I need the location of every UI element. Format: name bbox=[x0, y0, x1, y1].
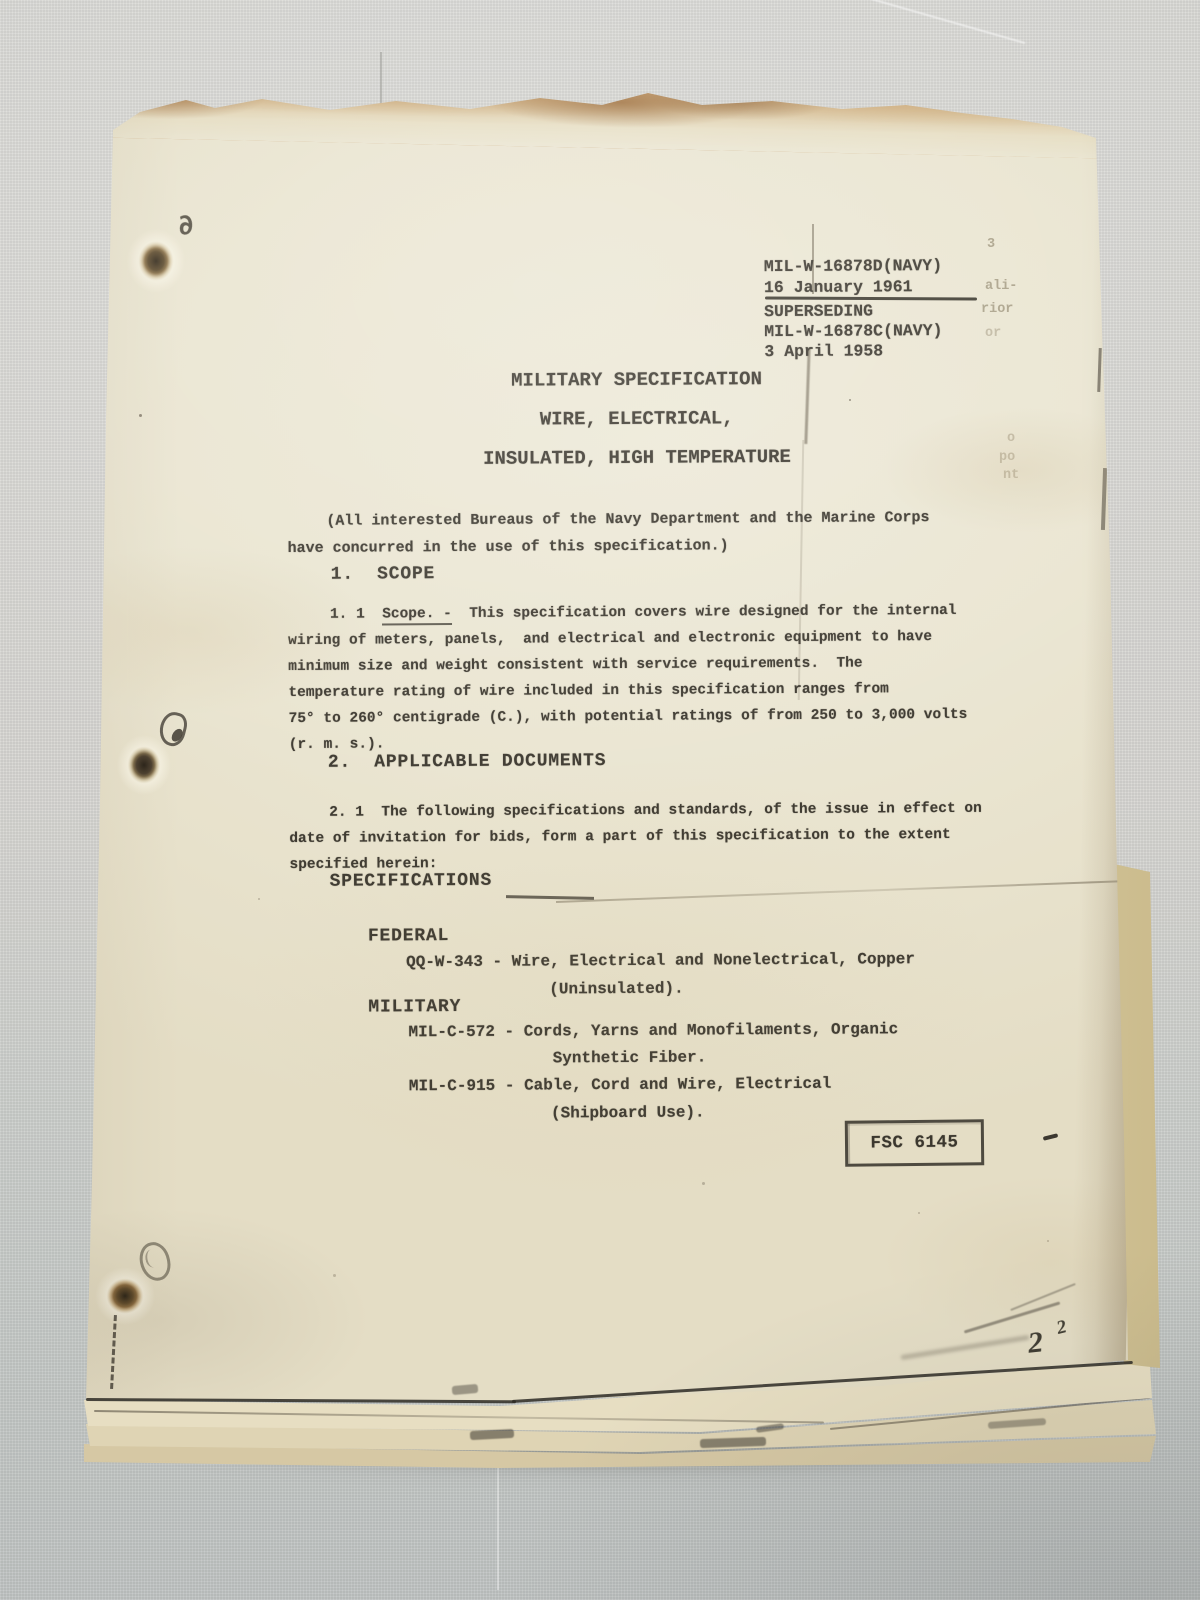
doc-title-line-3: INSULATED, HIGH TEMPERATURE bbox=[237, 444, 1037, 471]
military-item-line-3: MIL-C-915 - Cable, Cord and Wire, Electr… bbox=[409, 1075, 832, 1096]
bleedthrough-text: nt bbox=[1003, 468, 1019, 483]
typed-content: MIL-W-16878D(NAVY) 16 January 1961 SUPER… bbox=[0, 0, 1200, 1600]
superseded-date-line: 3 April 1958 bbox=[764, 341, 883, 361]
scope-label-underlined: Scope. - bbox=[382, 606, 452, 625]
applicable-heading: 2. APPLICABLE DOCUMENTS bbox=[328, 751, 607, 773]
spec-number-line: MIL-W-16878D(NAVY) bbox=[764, 256, 942, 276]
military-item-line-2: Synthetic Fiber. bbox=[553, 1048, 707, 1067]
scope-paragraph-line-3: minimum size and weight consistent with … bbox=[288, 656, 862, 676]
photo-background: ∂ MIL-W-16878D(NAVY) 16 January 1961 SUP… bbox=[0, 0, 1200, 1600]
concurrence-line-2: have concurred in the use of this specif… bbox=[288, 537, 729, 557]
bleedthrough-text: o bbox=[1007, 431, 1015, 446]
doc-title-line-2: WIRE, ELECTRICAL, bbox=[237, 405, 1037, 432]
scope-ref: 1. 1 bbox=[330, 606, 382, 622]
scope-text: This specification covers wire designed … bbox=[452, 603, 957, 622]
scope-paragraph-line-1: 1. 1 Scope. - This specification covers … bbox=[330, 603, 957, 623]
bleedthrough-text: po bbox=[999, 450, 1015, 465]
bleedthrough-text: 3 bbox=[987, 237, 995, 252]
scope-paragraph-line-4: temperature rating of wire included in t… bbox=[288, 681, 888, 701]
applicable-paragraph-line-1: 2. 1 The following specifications and st… bbox=[329, 801, 982, 821]
scope-paragraph-line-5: 75° to 260° centigrade (C.), with potent… bbox=[289, 707, 968, 727]
scope-paragraph-line-2: wiring of meters, panels, and electrical… bbox=[288, 629, 932, 649]
scope-paragraph-line-6: (r. m. s.). bbox=[289, 736, 385, 753]
bleedthrough-text: rior bbox=[981, 302, 1013, 317]
federal-item-line-2: (Uninsulated). bbox=[549, 980, 684, 999]
fsc-stamp-box: FSC 6145 bbox=[845, 1119, 984, 1166]
scope-heading: 1. SCOPE bbox=[331, 564, 436, 585]
military-heading: MILITARY bbox=[368, 997, 461, 1018]
specifications-label: SPECIFICATIONS bbox=[330, 871, 493, 892]
superseding-line: SUPERSEDING bbox=[764, 301, 873, 321]
military-item-line-4: (Shipboard Use). bbox=[551, 1103, 705, 1122]
federal-heading: FEDERAL bbox=[368, 926, 449, 946]
doc-title-line-1: MILITARY SPECIFICATION bbox=[236, 366, 1036, 393]
bleedthrough-text: or bbox=[985, 326, 1001, 341]
superseded-spec-line: MIL-W-16878C(NAVY) bbox=[764, 321, 942, 341]
fsc-stamp-text: FSC 6145 bbox=[870, 1133, 958, 1154]
concurrence-line-1: (All interested Bureaus of the Navy Depa… bbox=[326, 509, 929, 530]
applicable-paragraph-line-2: date of invitation for bids, form a part… bbox=[289, 827, 950, 847]
military-item-line-1: MIL-C-572 - Cords, Yarns and Monofilamen… bbox=[408, 1020, 898, 1041]
federal-item-line-1: QQ-W-343 - Wire, Electrical and Nonelect… bbox=[406, 950, 915, 971]
bleedthrough-text: ali- bbox=[985, 279, 1017, 294]
fabric-scratch bbox=[871, 0, 1025, 44]
document-page: ∂ MIL-W-16878D(NAVY) 16 January 1961 SUP… bbox=[0, 0, 1200, 1600]
spec-date-line: 16 January 1961 bbox=[764, 277, 913, 297]
